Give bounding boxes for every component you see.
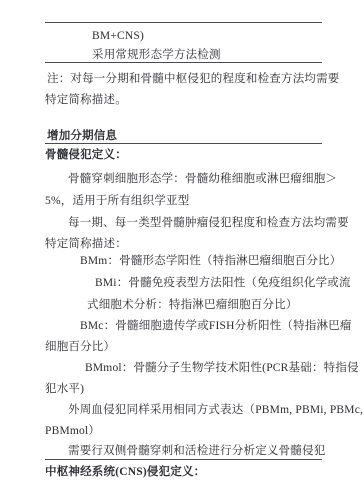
note-line-2: 特定简称描述。 xyxy=(45,93,127,107)
table-border-top xyxy=(45,22,322,23)
table-cell-detection-method: 采用常规形态学方法检测 xyxy=(92,48,221,62)
peripheral-blood-line-2: PBMmol） xyxy=(45,424,100,438)
section-heading-underline xyxy=(45,143,322,144)
definition-bmmol-line-1: BMmol：骨髓分子生物学技术阳性(PCR基础：特指侵 xyxy=(85,361,359,375)
definition-bmm: BMm：骨髓形态学阳性（特指淋巴瘤细胞百分比） xyxy=(80,254,341,268)
heading-bm-involvement-definition: 骨髓侵犯定义： xyxy=(45,148,127,162)
definition-bmmol-line-2: 犯水平) xyxy=(45,382,84,396)
table-cell-bm-cns: BM+CNS) xyxy=(92,29,144,43)
per-stage-requirement-line-2: 特定简称描述： xyxy=(45,237,127,251)
per-stage-requirement-line-1: 每一期、每一类型骨髓肿瘤侵犯程度和检查方法均需要 xyxy=(68,216,349,230)
bm-aspirate-morphology-line-2: 5%，适用于所有组织学亚型 xyxy=(45,194,189,208)
definition-bmi-line-1: BMi：骨髓免疫表型方法阳性（免疫组织化学或流 xyxy=(95,276,351,290)
table-border-bottom xyxy=(45,62,322,63)
bm-aspirate-morphology-line-1: 骨髓穿刺细胞形态学：骨髓幼稚细胞或淋巴瘤细胞＞ xyxy=(68,172,337,186)
peripheral-blood-line-1: 外周血侵犯同样采用相同方式表达（PBMm, PBMi, PBMc, xyxy=(68,403,363,417)
document-page: BM+CNS) 采用常规形态学方法检测 注：对每一分期和骨髓中枢侵犯的程度和检查… xyxy=(0,0,364,491)
definition-bmc-line-1: BMc：骨髓细胞遗传学或FISH分析阳性（特指淋巴瘤 xyxy=(80,319,352,333)
heading-cns-involvement-definition: 中枢神经系统(CNS)侵犯定义： xyxy=(45,465,205,479)
note-line-1: 注：对每一分期和骨髓中枢侵犯的程度和检查方法均需要 xyxy=(47,72,340,86)
definition-bmi-line-2: 式细胞术分析：特指淋巴瘤细胞百分比） xyxy=(87,298,298,312)
section-heading-staging-info: 增加分期信息 xyxy=(47,129,117,143)
cns-section-divider xyxy=(45,459,322,460)
bilateral-biopsy-requirement: 需要行双侧骨髓穿刺和活检进行分析定义骨髓侵犯 xyxy=(68,444,325,458)
definition-bmc-line-2: 细胞百分比） xyxy=(45,340,115,354)
